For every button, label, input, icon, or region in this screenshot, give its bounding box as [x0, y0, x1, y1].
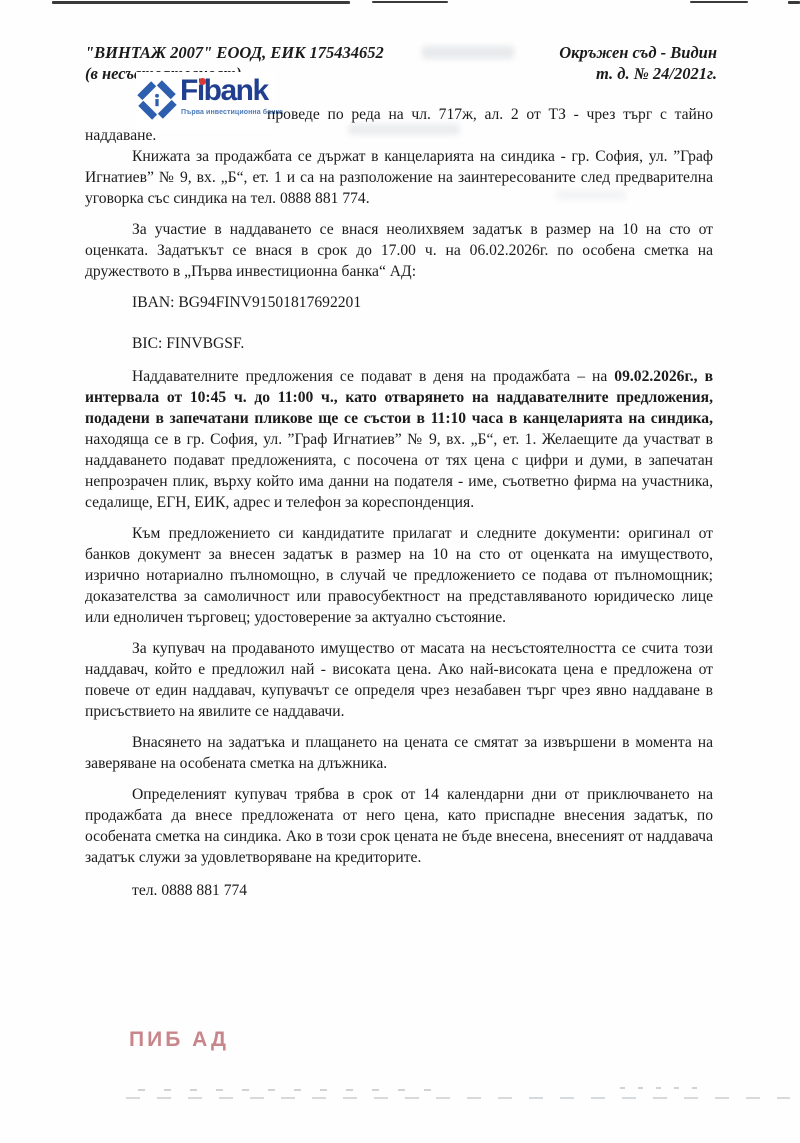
- paragraph-required-documents: Към предложението си кандидатите прилага…: [85, 523, 713, 628]
- paragraph-payment-effect: Внасянето на задатъка и плащането на цен…: [85, 732, 713, 774]
- document-body: проведе по реда на чл. 717ж, ал. 2 от ТЗ…: [85, 104, 713, 901]
- case-number: т. д. № 24/2021г.: [559, 63, 717, 84]
- paragraph-bidding-schedule: Наддавателните предложения се подават в …: [85, 366, 713, 513]
- header-right-block: Окръжен съд - Видин т. д. № 24/2021г.: [559, 42, 717, 84]
- scan-edge-artifact: [788, 1, 800, 4]
- bic-line: BIC: FINVBGSF.: [85, 333, 713, 354]
- paragraph-payment-deadline: Определеният купувач трябва в срок от 14…: [85, 784, 713, 868]
- pib-ad-watermark: ПИБ АД: [129, 1028, 229, 1052]
- scan-edge-artifact: [690, 1, 748, 3]
- court-name: Окръжен съд - Видин: [559, 42, 717, 63]
- scan-noise-row: [620, 1087, 700, 1089]
- scan-bleed-smudge: [422, 46, 514, 59]
- fibank-wordmark: Fibank: [180, 74, 268, 108]
- scan-edge-artifact: [372, 1, 448, 3]
- contact-phone: тел. 0888 881 774: [85, 880, 713, 901]
- bidding-text-rest: находяща се в гр. София, ул. ”Граф Игнат…: [85, 431, 713, 511]
- fibank-red-i-dot: [199, 78, 206, 85]
- bidding-text-lead: Наддавателните предложения се подават в …: [132, 368, 614, 385]
- paragraph-sale-papers: Книжата за продажбата се държат в канцел…: [85, 146, 713, 209]
- scanned-document-page: "ВИНТАЖ 2007" ЕООД, ЕИК 175434652 (в нес…: [0, 0, 800, 1143]
- scan-noise-row: [138, 1089, 438, 1091]
- scan-edge-artifact: [52, 1, 350, 4]
- company-name: "ВИНТАЖ 2007" ЕООД, ЕИК 175434652: [85, 42, 384, 63]
- paragraph-deposit: За участие в наддаването се внася неолих…: [85, 219, 713, 282]
- scan-noise-row: [126, 1097, 790, 1099]
- paragraph-sale-method: проведе по реда на чл. 717ж, ал. 2 от ТЗ…: [85, 104, 713, 146]
- paragraph-buyer-determination: За купувач на продаваното имущество от м…: [85, 638, 713, 722]
- iban-line: IBAN: BG94FINV91501817692201: [85, 292, 713, 313]
